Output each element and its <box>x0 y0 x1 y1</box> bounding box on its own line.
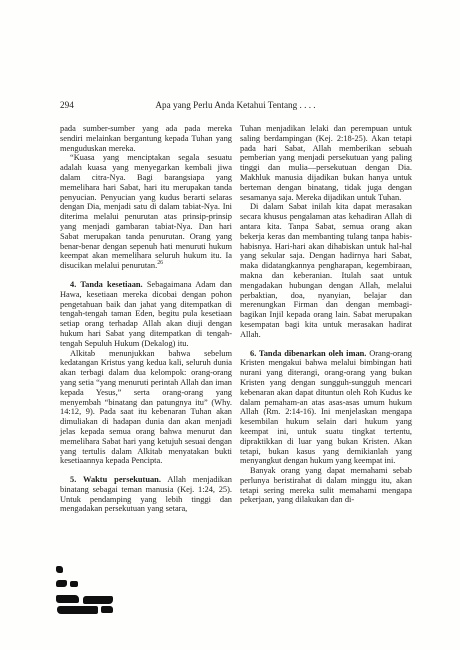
scan-artifact <box>70 581 78 587</box>
section-heading: 5. Waktu persekutuan. <box>70 475 161 484</box>
paragraph-text: Sebagaimana Adam dan Hawa, kesetiaan mer… <box>60 280 232 348</box>
section-heading: 6. Tanda dibenarkan oleh iman. <box>250 349 366 358</box>
paragraph: Di dalam Sabat inilah kita dapat merasak… <box>240 202 412 339</box>
paragraph-text: pada sumber-sumber yang ada pada mereka … <box>60 124 232 153</box>
paragraph: Tuhan menjadikan lelaki dan perempuan un… <box>240 124 412 202</box>
paragraph-text: Di dalam Sabat inilah kita dapat merasak… <box>240 202 412 338</box>
footnote-reference: 26 <box>157 260 163 266</box>
paragraph: Banyak orang yang dapat memahami sebab p… <box>240 466 412 505</box>
paragraph-text: Tuhan menjadikan lelaki dan perempuan un… <box>240 124 412 202</box>
right-column: Tuhan menjadikan lelaki dan perempuan un… <box>240 124 412 514</box>
left-column: pada sumber-sumber yang ada pada mereka … <box>60 124 232 514</box>
section-paragraph: 5. Waktu persekutuan. Allah menjadikan b… <box>60 475 232 514</box>
running-header: 294 Apa yang Perlu Anda Ketahui Tentang … <box>60 99 411 111</box>
scan-artifact <box>83 596 113 604</box>
section-heading: 4. Tanda kesetiaan. <box>70 280 143 289</box>
paragraph: “Kuasa yang menciptakan segala sesuatu a… <box>60 153 232 271</box>
scan-artifact <box>56 566 63 573</box>
paragraph: Alkitab menunjukkan bahwa sebelum kedata… <box>60 349 232 467</box>
scan-artifact <box>101 606 113 613</box>
scan-artifact <box>57 606 98 614</box>
page-number: 294 <box>60 99 74 111</box>
paragraph-text: Orang-orang Kristen mengakui bahwa melal… <box>240 349 412 466</box>
running-title: Apa yang Perlu Anda Ketahui Tentang . . … <box>60 99 411 111</box>
paragraph-text: Banyak orang yang dapat memahami sebab p… <box>240 466 412 504</box>
paragraph-text: “Kuasa yang menciptakan segala sesuatu a… <box>60 153 232 270</box>
scan-artifact <box>56 595 79 603</box>
section-paragraph: 6. Tanda dibenarkan oleh iman. Orang-ora… <box>240 349 412 467</box>
paragraph-text: Alkitab menunjukkan bahwa sebelum kedata… <box>60 349 232 466</box>
section-paragraph: 4. Tanda kesetiaan. Sebagaimana Adam dan… <box>60 280 232 349</box>
book-page: 294 Apa yang Perlu Anda Ketahui Tentang … <box>0 0 460 650</box>
scan-artifact <box>56 580 67 587</box>
paragraph: pada sumber-sumber yang ada pada mereka … <box>60 124 232 153</box>
text-columns: pada sumber-sumber yang ada pada mereka … <box>60 124 412 514</box>
